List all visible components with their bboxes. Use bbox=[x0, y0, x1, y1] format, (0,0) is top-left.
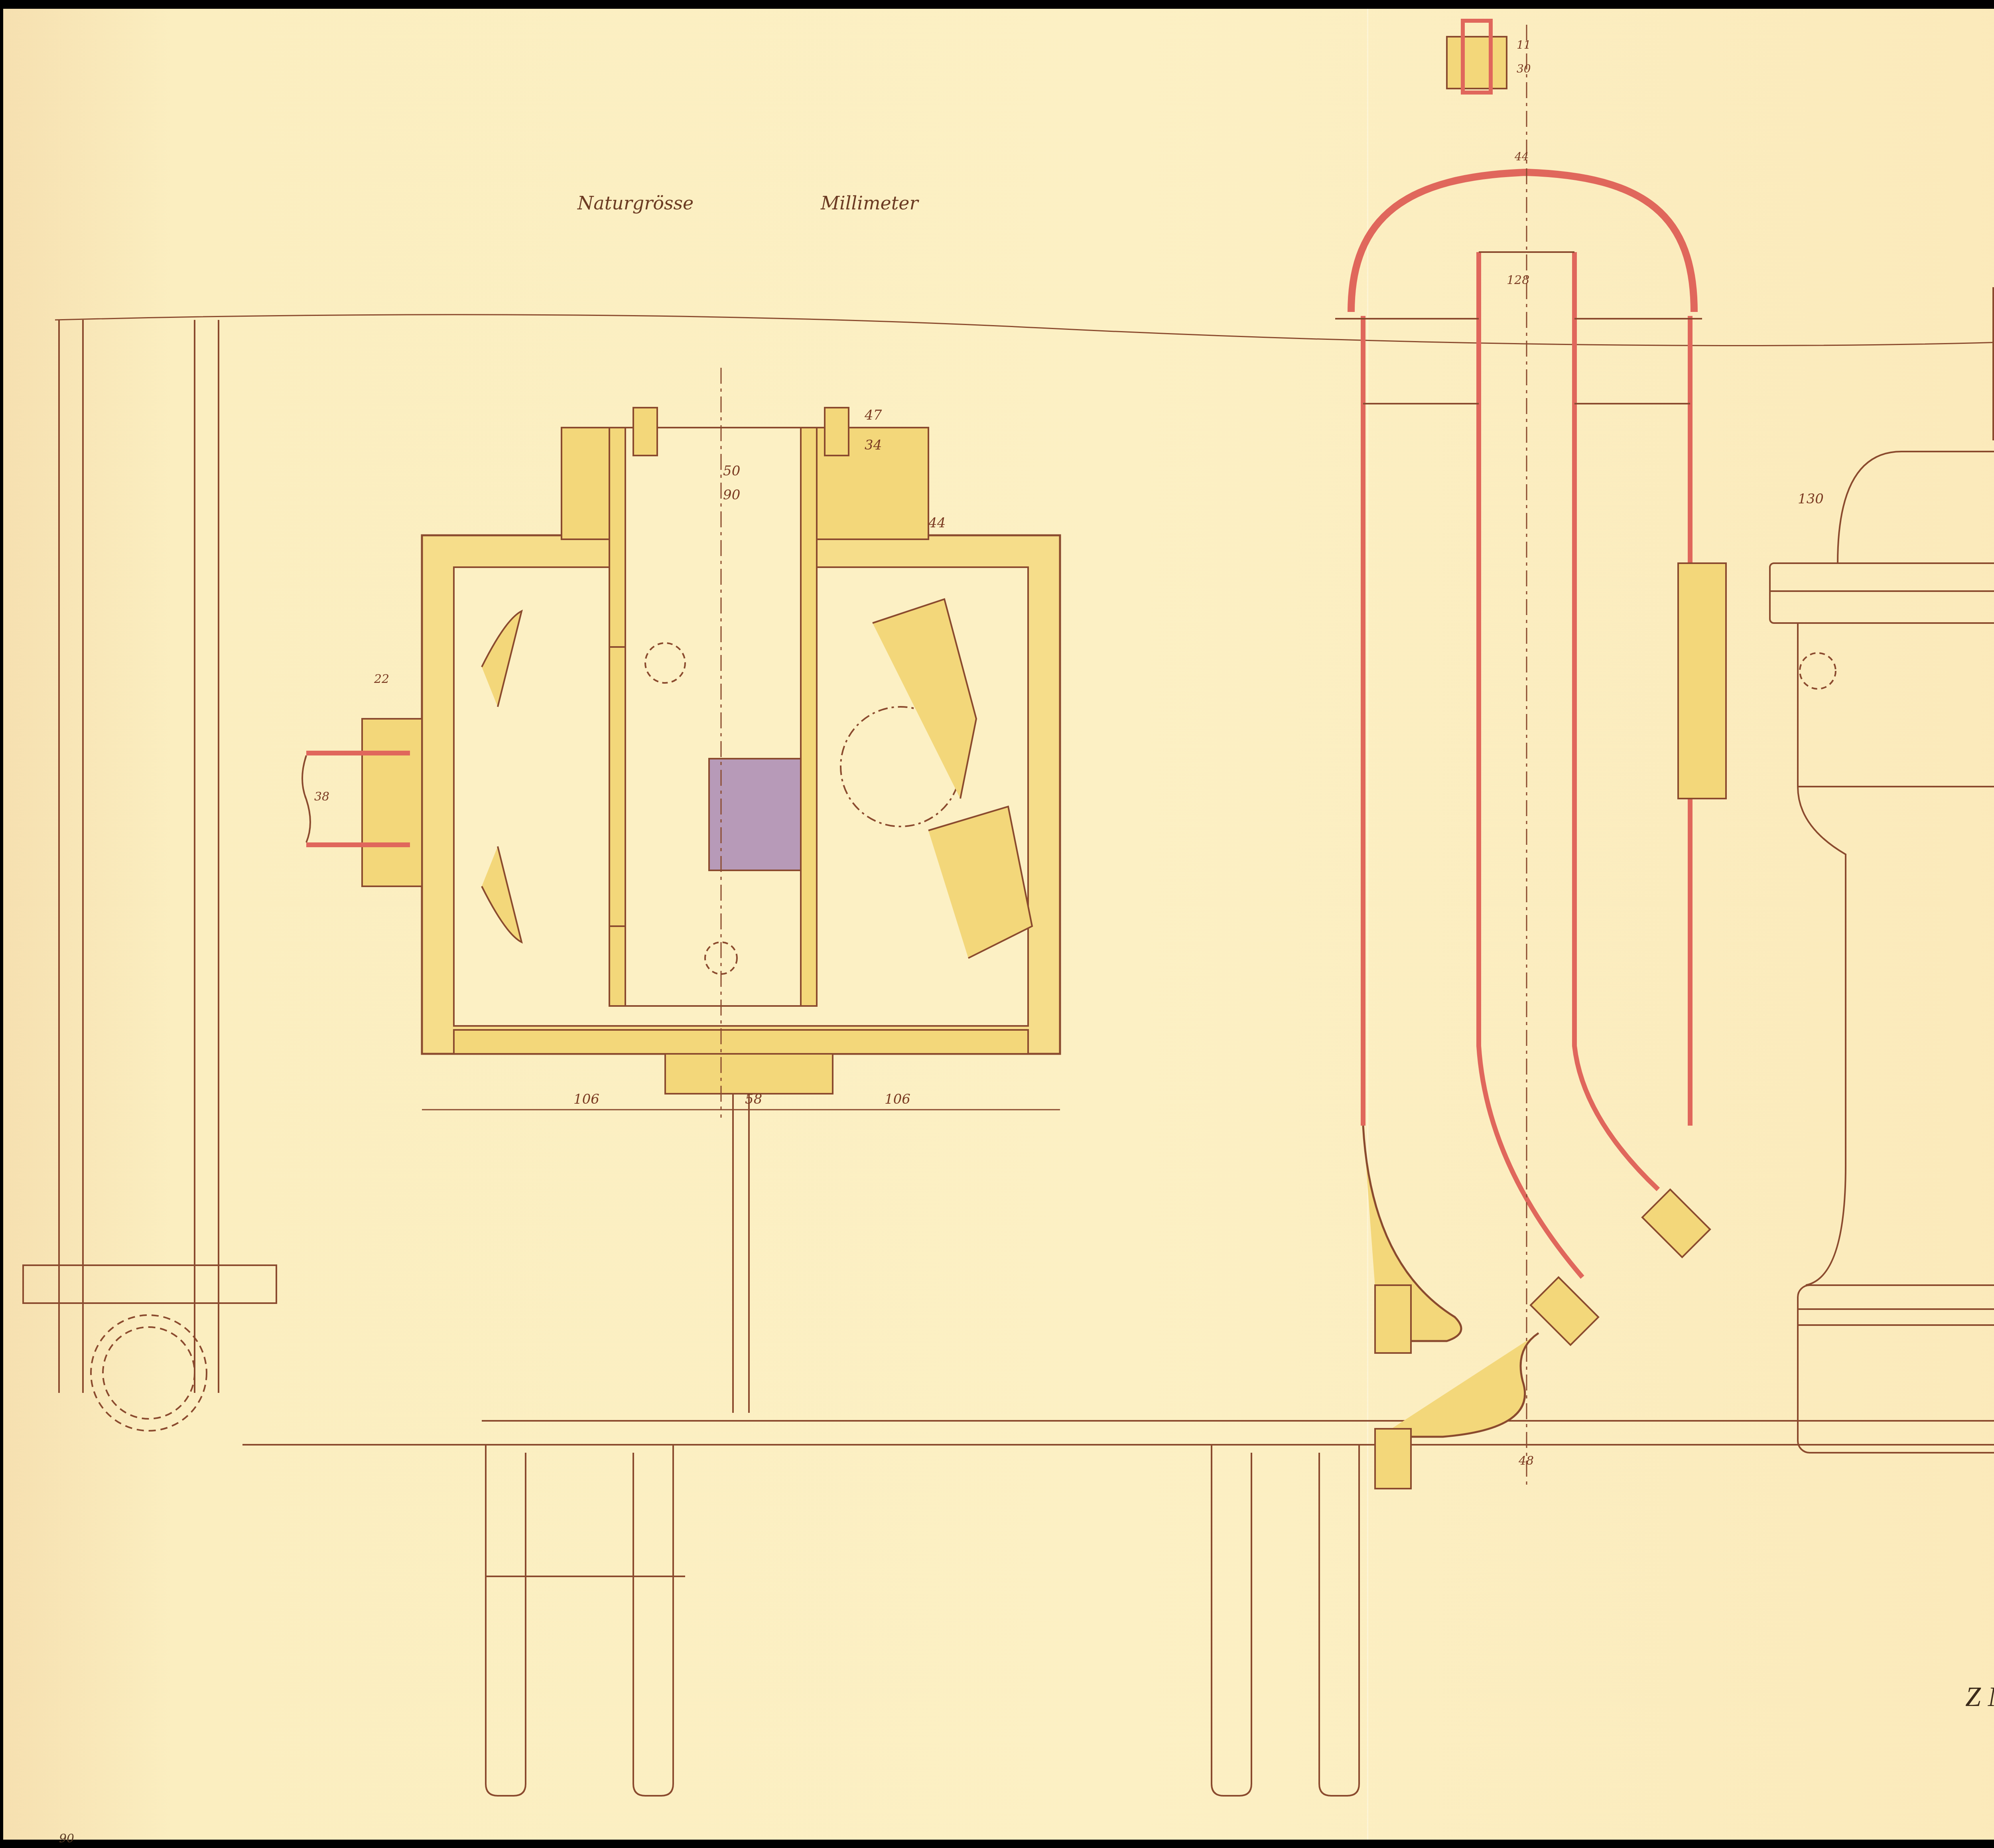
drawing-sheet: 47 34 50 90 44 106 106 58 22 38 48 128 1… bbox=[3, 9, 1994, 1840]
drawing-number-prefix: Z No bbox=[1965, 1682, 1994, 1712]
svg-text:38: 38 bbox=[314, 790, 329, 804]
svg-text:44: 44 bbox=[1514, 150, 1529, 163]
svg-text:90: 90 bbox=[723, 487, 740, 503]
svg-text:30: 30 bbox=[1517, 62, 1531, 75]
baseplate bbox=[242, 1086, 1994, 1796]
steam-dome-section bbox=[1335, 21, 1726, 1489]
unit-label: Millimeter bbox=[821, 192, 918, 214]
valve-chest-section bbox=[422, 368, 1060, 1118]
left-column bbox=[23, 320, 276, 1431]
corner-note: 90 bbox=[59, 1832, 74, 1846]
cylinder-elevation bbox=[1770, 160, 1994, 1461]
svg-text:22: 22 bbox=[374, 672, 389, 686]
svg-text:48: 48 bbox=[1518, 1454, 1534, 1468]
svg-text:50: 50 bbox=[723, 463, 740, 479]
technical-drawing: 47 34 50 90 44 106 106 58 22 38 48 128 1… bbox=[3, 9, 1994, 1840]
svg-text:128: 128 bbox=[1507, 273, 1529, 287]
svg-text:47: 47 bbox=[864, 407, 882, 423]
svg-text:58: 58 bbox=[745, 1091, 762, 1107]
break-line bbox=[55, 315, 1994, 479]
svg-text:106: 106 bbox=[885, 1091, 910, 1107]
svg-text:44: 44 bbox=[928, 515, 946, 531]
scale-label: Naturgrösse bbox=[577, 192, 694, 214]
svg-text:106: 106 bbox=[573, 1091, 599, 1107]
svg-text:130: 130 bbox=[1798, 491, 1824, 507]
svg-text:11: 11 bbox=[1517, 38, 1531, 51]
svg-text:34: 34 bbox=[865, 437, 882, 453]
drawing-number: Z No 1660 f2 bbox=[1965, 1668, 1994, 1731]
